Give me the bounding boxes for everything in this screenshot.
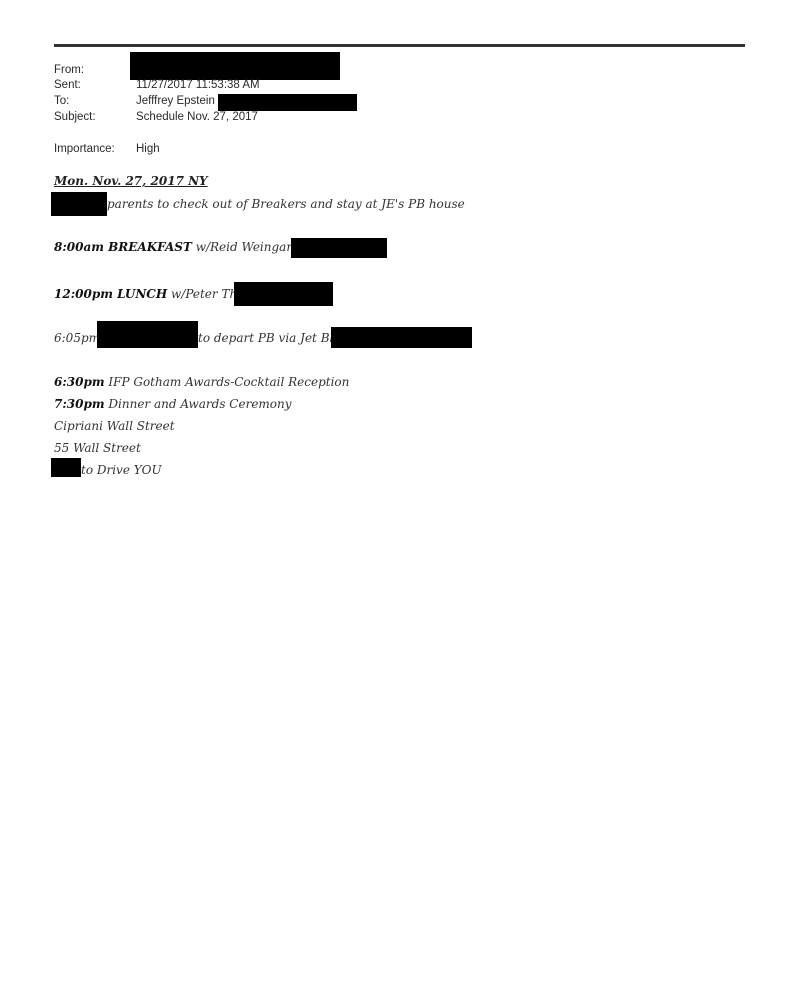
reception-detail: IFP Gotham Awards-Cocktail Reception	[108, 375, 349, 389]
to-value: Jefffrey Epstein	[136, 94, 215, 109]
redaction-name-1	[51, 192, 107, 216]
dinner-detail: Dinner and Awards Ceremony	[108, 397, 291, 411]
redaction-lunch	[234, 282, 333, 306]
redaction-from	[130, 52, 340, 80]
flight-time: 6:05pm	[54, 331, 100, 345]
flight-detail: to depart PB via Jet Blue	[198, 331, 348, 345]
from-label: From:	[54, 63, 136, 78]
lunch-time: 12:00pm LUNCH	[54, 287, 167, 301]
subject-label: Subject:	[54, 110, 136, 125]
importance-label: Importance:	[54, 142, 136, 157]
breakfast-entry: 8:00am BREAKFAST w/Reid Weingarten	[54, 240, 312, 254]
header-divider	[54, 44, 745, 47]
address: 55 Wall Street	[54, 441, 141, 455]
driver-line: to Drive YOU	[81, 463, 162, 477]
redaction-flight-info	[331, 327, 472, 348]
subject-value: Schedule Nov. 27, 2017	[136, 110, 258, 125]
to-row: To:Jefffrey Epstein	[54, 94, 215, 109]
sent-value: 11/27/2017 11:53:38 AM	[136, 78, 260, 93]
breakfast-time: 8:00am BREAKFAST	[54, 240, 192, 254]
redaction-to-email	[218, 94, 357, 111]
sent-row: Sent:11/27/2017 11:53:38 AM	[54, 78, 260, 93]
subject-row: Subject:Schedule Nov. 27, 2017	[54, 110, 258, 125]
to-label: To:	[54, 94, 136, 109]
redaction-breakfast	[291, 238, 387, 258]
venue: Cipriani Wall Street	[54, 419, 175, 433]
lunch-entry: 12:00pm LUNCH w/Peter Thiel	[54, 287, 252, 301]
redaction-driver	[51, 458, 81, 477]
dinner-time: 7:30pm	[54, 397, 105, 411]
importance-row: Importance:High	[54, 142, 160, 157]
dinner-entry: 7:30pm Dinner and Awards Ceremony	[54, 397, 292, 411]
day-heading: Mon. Nov. 27, 2017 NY	[54, 174, 208, 188]
reception-time: 6:30pm	[54, 375, 105, 389]
reception-entry: 6:30pm IFP Gotham Awards-Cocktail Recept…	[54, 375, 349, 389]
from-row: From:	[54, 63, 136, 78]
importance-value: High	[136, 142, 160, 157]
sent-label: Sent:	[54, 78, 136, 93]
redaction-flight-person	[97, 321, 198, 348]
note-line: parents to check out of Breakers and sta…	[107, 197, 465, 211]
